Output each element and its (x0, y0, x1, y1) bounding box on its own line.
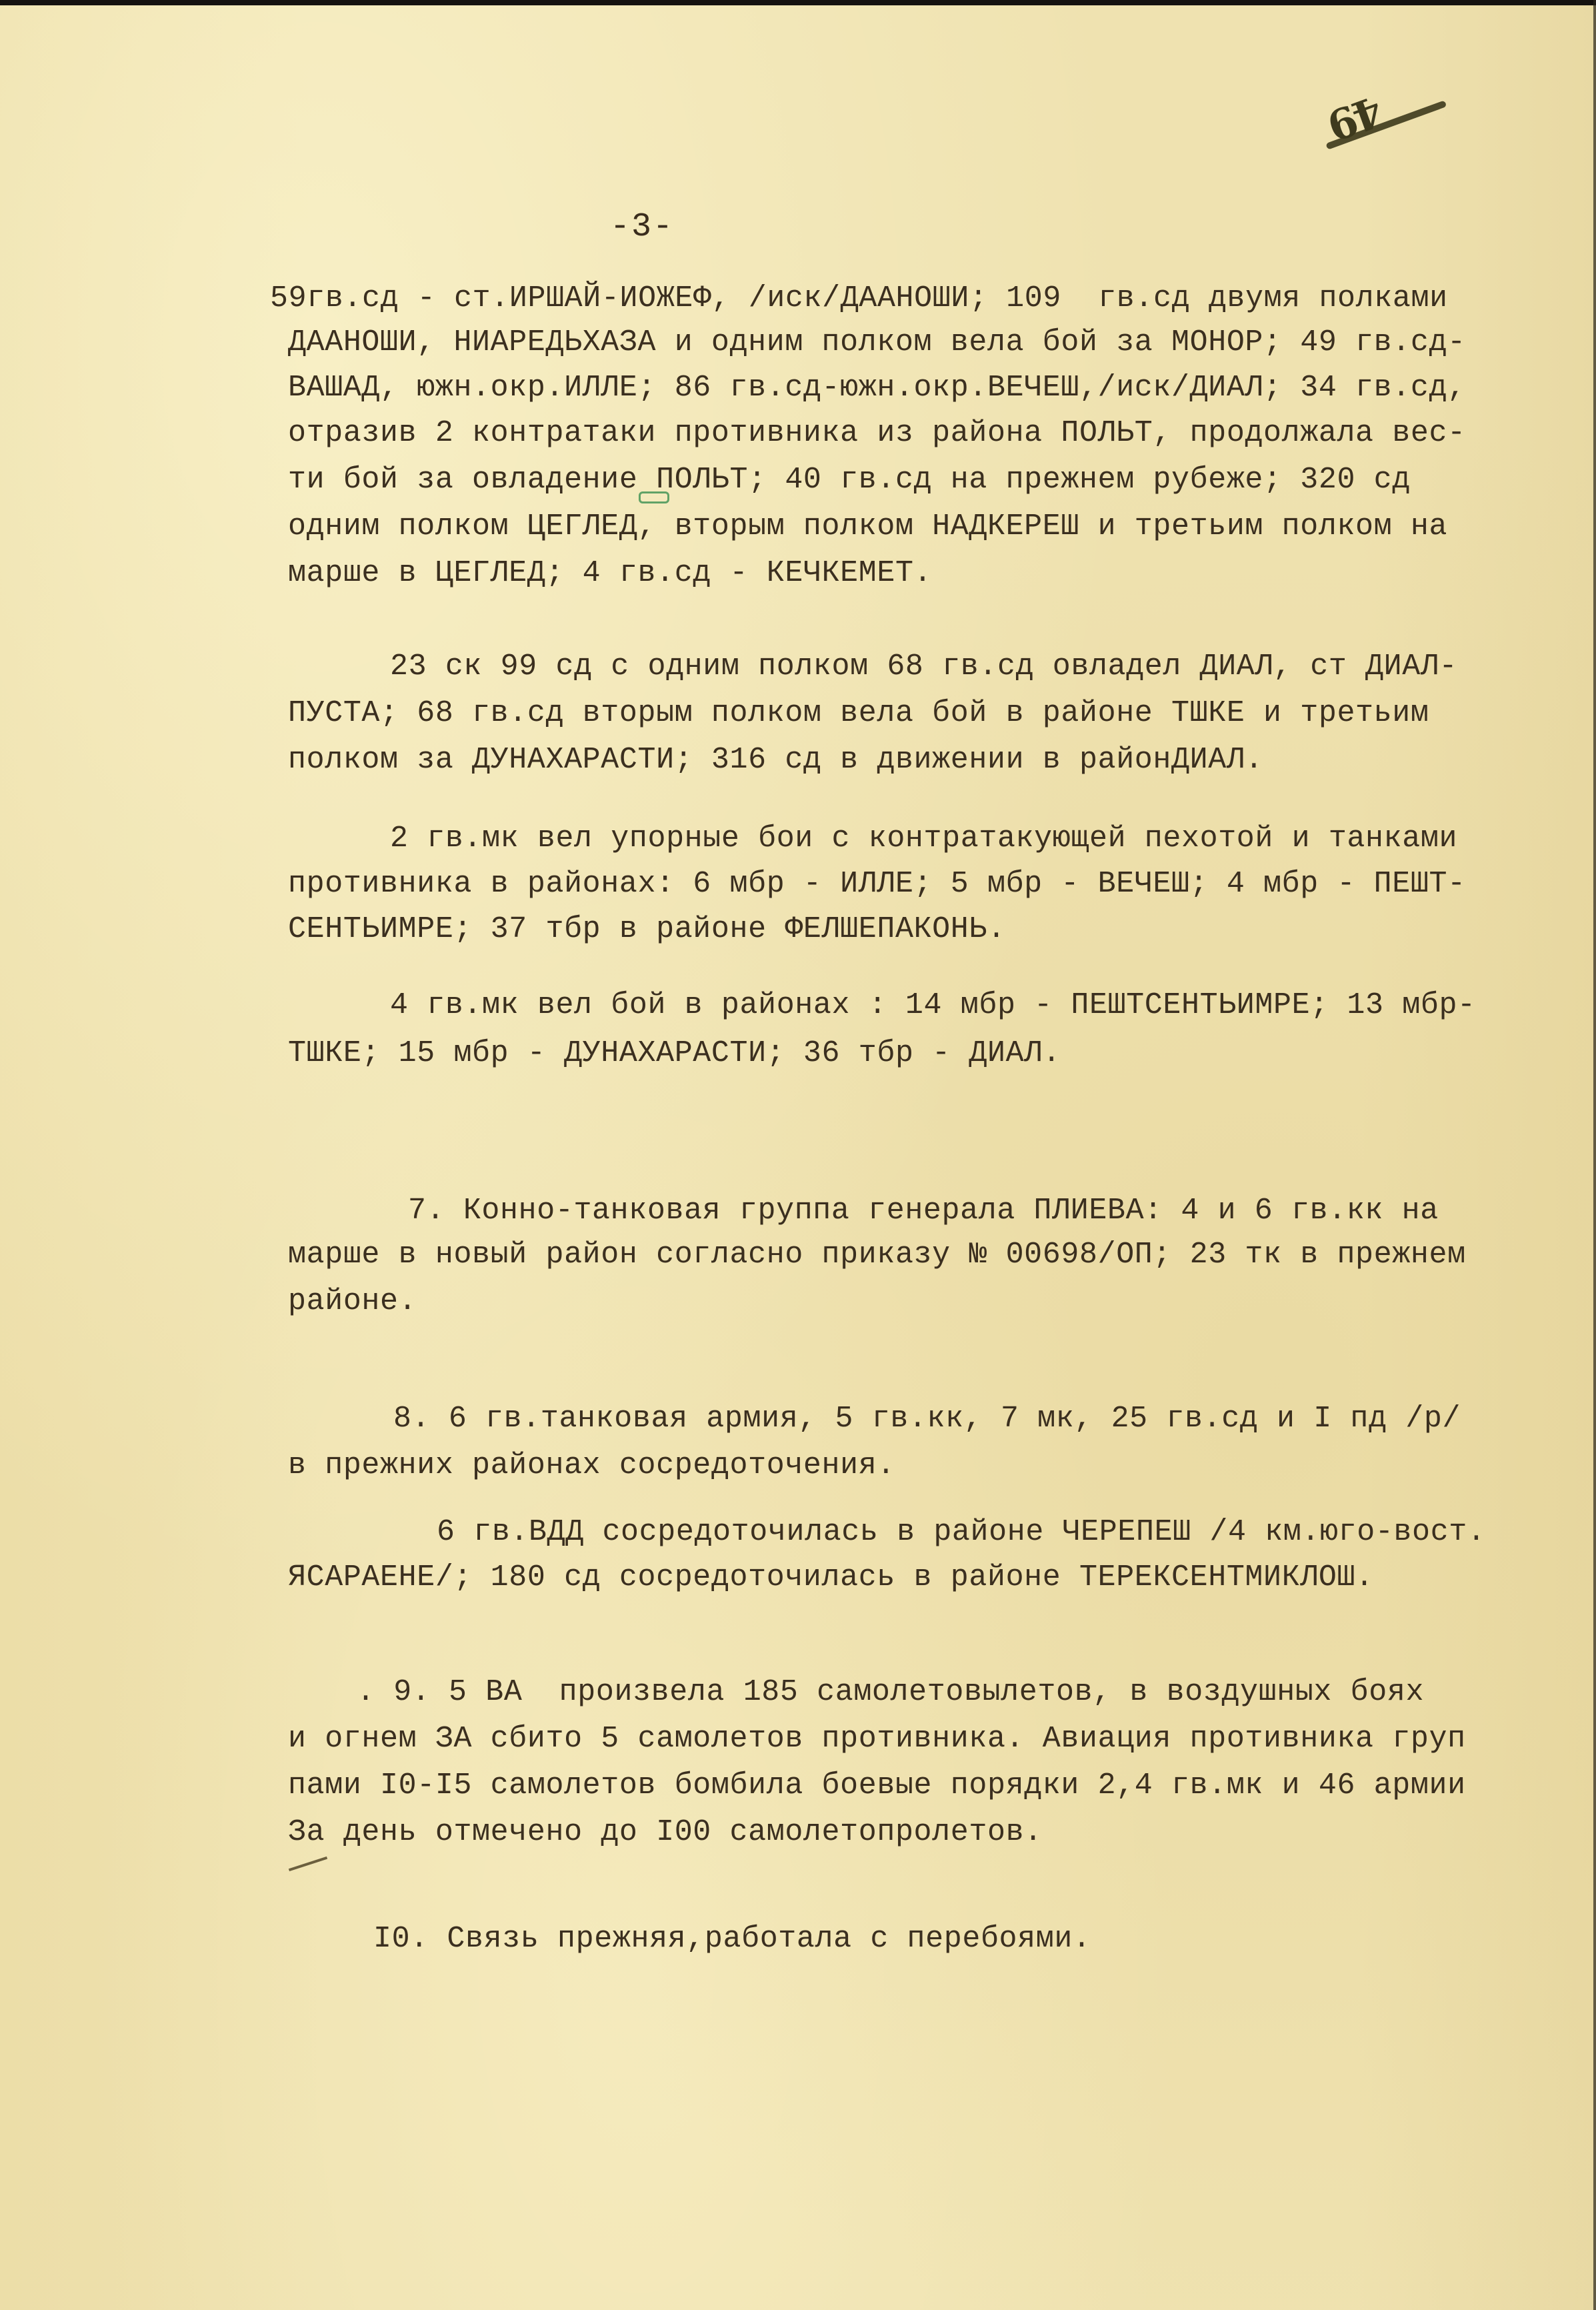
text-line: ДААНОШИ, НИАРЕДЬХАЗА и одним полком вела… (288, 323, 1466, 363)
text-line: . 9. 5 ВА произвела 185 самолетовылетов,… (357, 1672, 1424, 1712)
text-line: одним полком ЦЕГЛЕД, вторым полком НАДКЕ… (288, 507, 1447, 547)
text-line: ТШКЕ; 15 мбр - ДУНАХАРАСТИ; 36 тбр - ДИА… (288, 1034, 1061, 1074)
text-line: 2 гв.мк вел упорные бои с контратакующей… (390, 819, 1457, 859)
text-line: районе. (288, 1282, 417, 1322)
text-line: полком за ДУНАХАРАСТИ; 316 сд в движении… (288, 740, 1263, 780)
text-line: марше в новый район согласно приказу № 0… (288, 1235, 1466, 1275)
text-line: 8. 6 гв.танковая армия, 5 гв.кк, 7 мк, 2… (393, 1399, 1461, 1439)
text-line: ПУСТА; 68 гв.сд вторым полком вела бой в… (288, 694, 1429, 734)
text-line: 23 ск 99 сд с одним полком 68 гв.сд овла… (390, 647, 1457, 687)
text-line: в прежних районах сосредоточения. (288, 1446, 895, 1486)
text-line: 59гв.сд - ст.ИРШАЙ-ИОЖЕФ, /иск/ДААНОШИ; … (270, 279, 1448, 319)
text-line: отразив 2 контратаки противника из район… (288, 413, 1466, 453)
text-line: противника в районах: 6 мбр - ИЛЛЕ; 5 мб… (288, 864, 1466, 904)
text-line: 7. Конно-танковая группа генерала ПЛИЕВА… (408, 1191, 1439, 1231)
green-ink-correction-mark (639, 491, 669, 503)
text-line: 6 гв.ВДД сосредоточилась в районе ЧЕРЕПЕ… (437, 1512, 1485, 1552)
text-line: марше в ЦЕГЛЕД; 4 гв.сд - КЕЧКЕМЕТ. (288, 553, 932, 594)
pencil-tick-mark (289, 1857, 327, 1871)
text-line: За день отмечено до I00 самолетопролетов… (288, 1813, 1043, 1853)
text-line: I0. Связь прежняя,работала с перебоями. (373, 1919, 1091, 1959)
scan-top-edge (0, 0, 1596, 5)
scan-right-edge (1593, 0, 1596, 2310)
text-line: ЯСАРАЕНЕ/; 180 сд сосредоточилась в райо… (288, 1558, 1374, 1598)
text-line: СЕНТЬИМРЕ; 37 тбр в районе ФЕЛШЕПАКОНЬ. (288, 910, 1006, 950)
text-line: ти бой за овладение ПОЛЬТ; 40 гв.сд на п… (288, 460, 1411, 500)
text-line: и огнем ЗА сбито 5 самолетов противника.… (288, 1719, 1466, 1759)
page-number: -3- (610, 208, 674, 246)
text-line: ВАШАД, южн.окр.ИЛЛЕ; 86 гв.сд-южн.окр.ВЕ… (288, 368, 1466, 408)
text-line: 4 гв.мк вел бой в районах : 14 мбр - ПЕШ… (390, 986, 1476, 1026)
text-line: пами I0-I5 самолетов бомбила боевые поря… (288, 1766, 1466, 1806)
